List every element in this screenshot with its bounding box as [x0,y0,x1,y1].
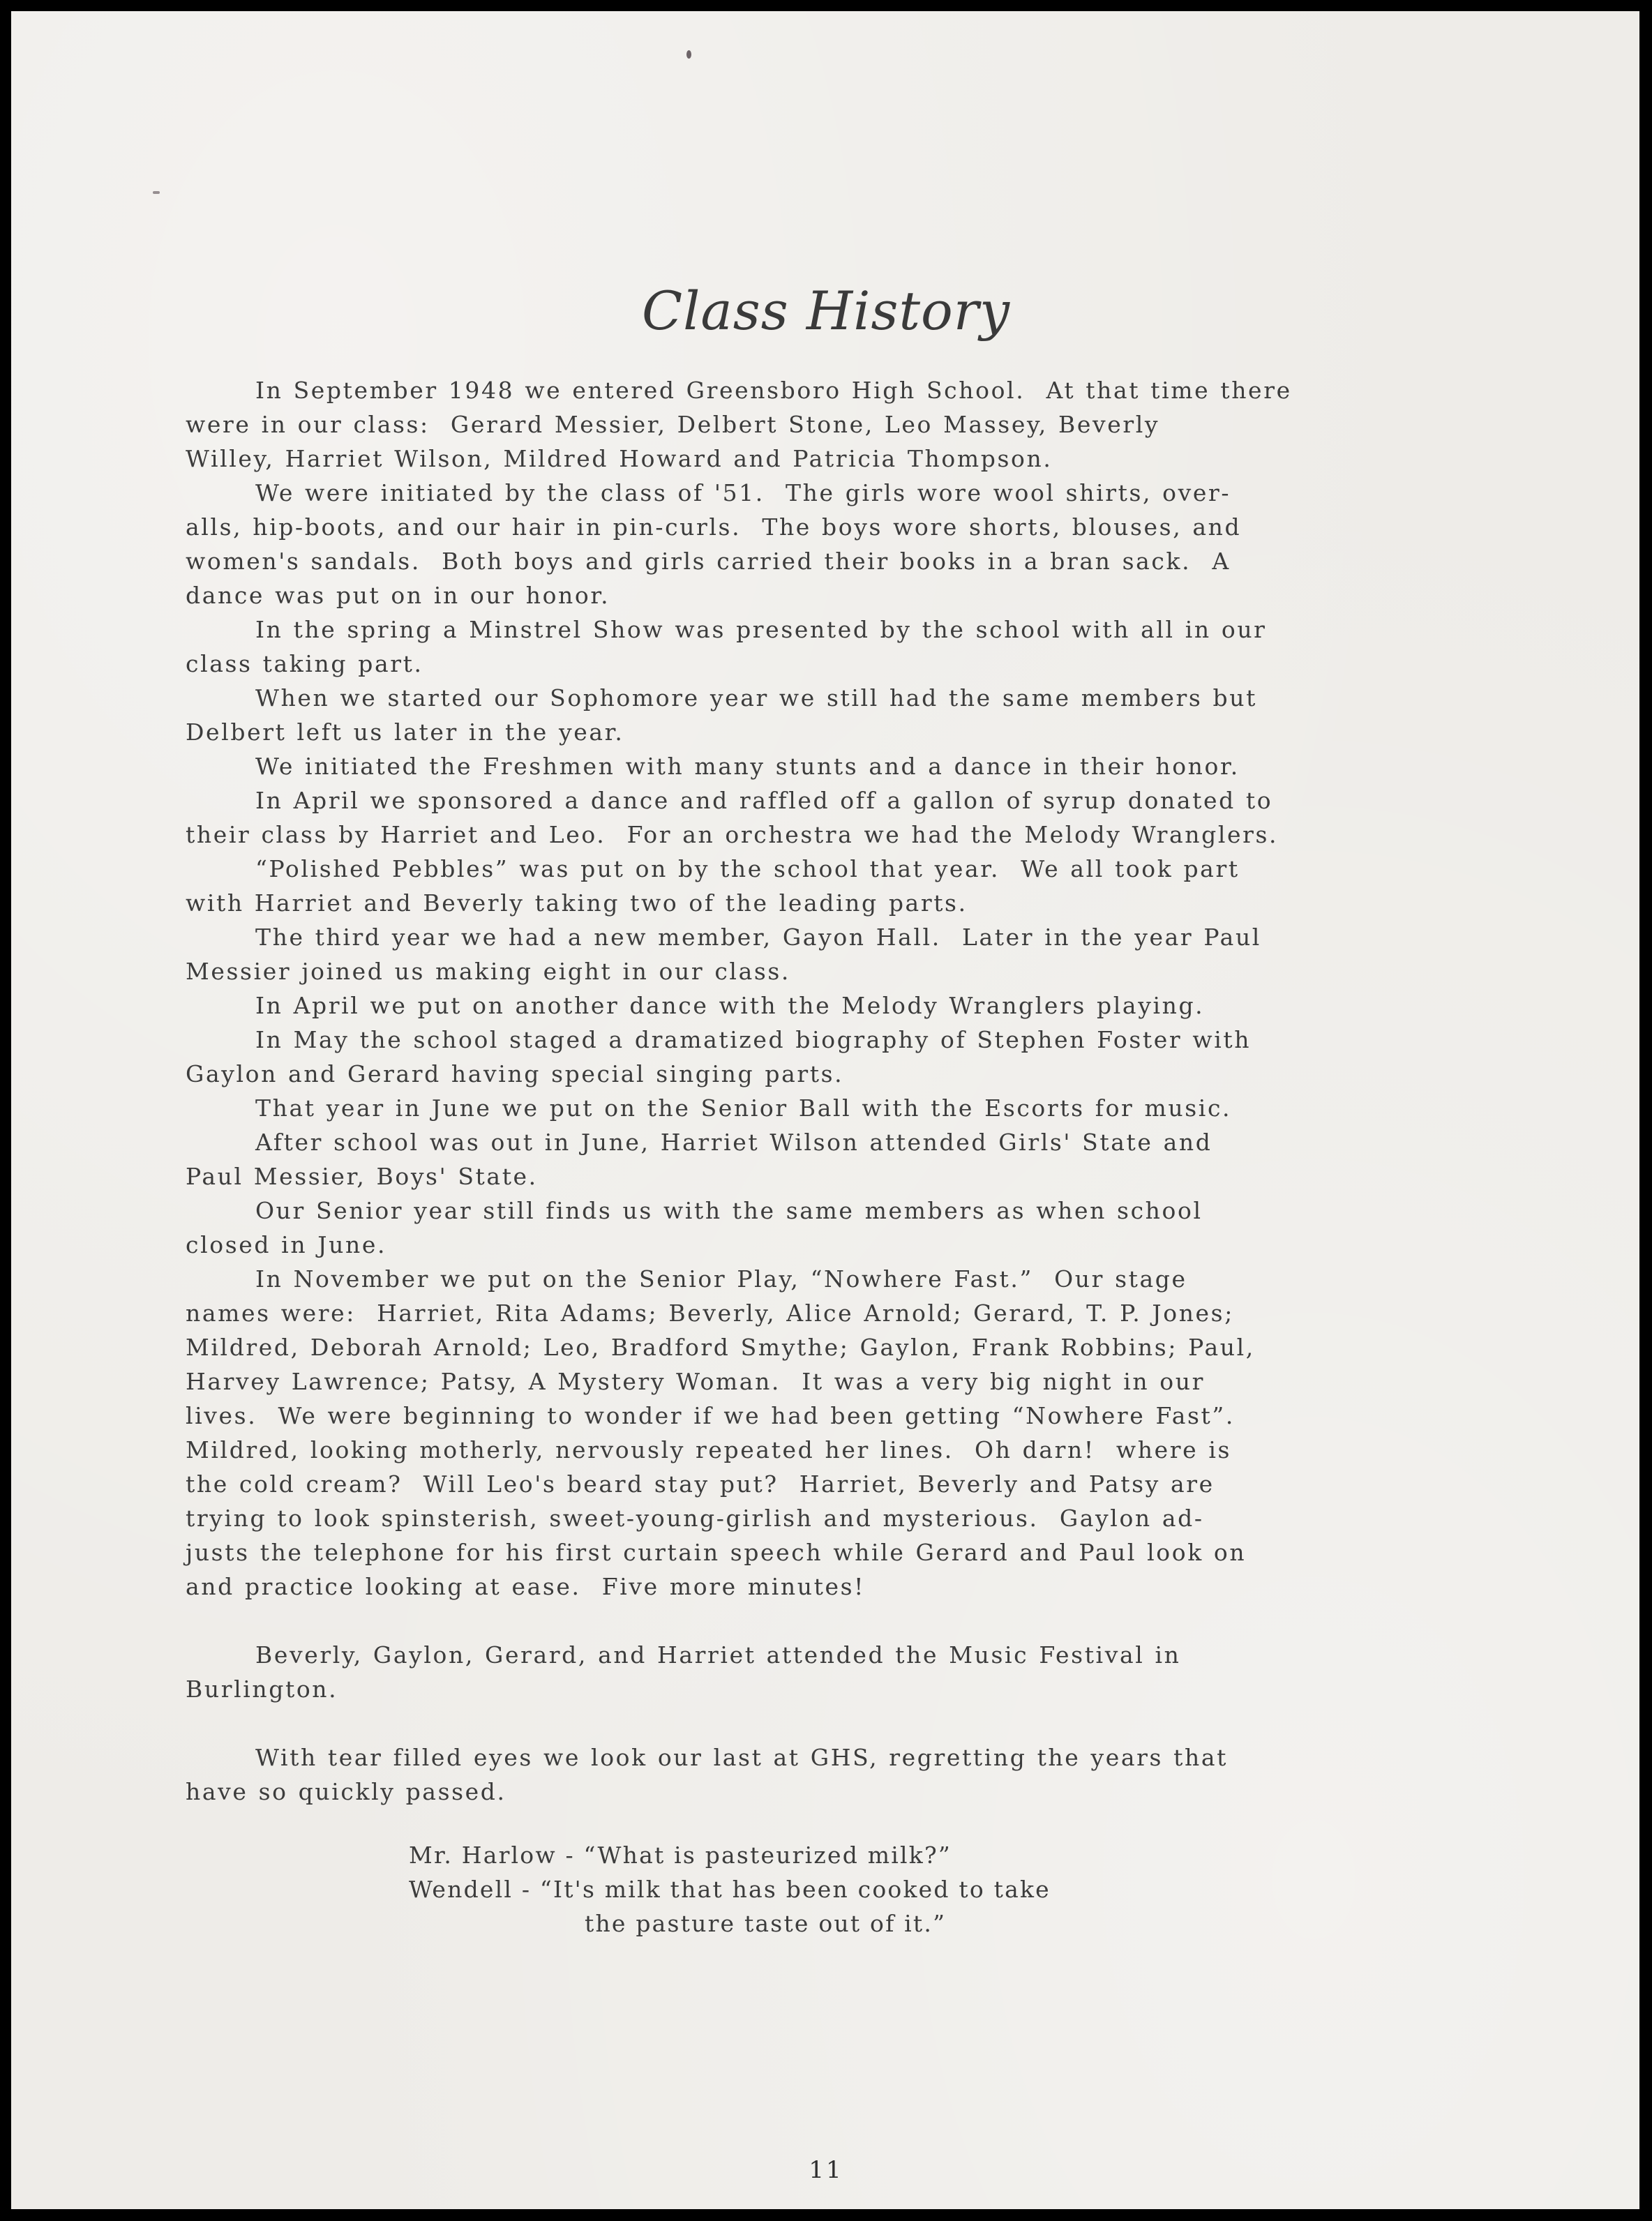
text-line: have so quickly passed. [186,1780,506,1803]
text-line: That year in June we put on the Senior B… [255,1097,1231,1120]
text-line: In May the school staged a dramatized bi… [255,1028,1251,1051]
text-line: After school was out in June, Harriet Wi… [255,1131,1212,1154]
text-line: their class by Harriet and Leo. For an o… [186,823,1278,846]
text-line: With tear filled eyes we look our last a… [255,1746,1228,1769]
text-line: the cold cream? Will Leo's beard stay pu… [186,1473,1215,1496]
text-line: alls, hip-boots, and our hair in pin-cur… [186,515,1241,539]
text-line: Willey, Harriet Wilson, Mildred Howard a… [186,447,1052,470]
text-line: trying to look spinsterish, sweet-young-… [186,1507,1204,1530]
text-line: Delbert left us later in the year. [186,721,624,744]
text-line: justs the telephone for his first curtai… [186,1541,1246,1564]
text-line: When we started our Sophomore year we st… [255,686,1257,709]
text-line: lives. We were beginning to wonder if we… [186,1404,1235,1427]
text-line: Mildred, looking motherly, nervously rep… [186,1438,1231,1461]
text-line: Beverly, Gaylon, Gerard, and Harriet att… [255,1643,1180,1666]
text-line: We initiated the Freshmen with many stun… [255,755,1240,778]
text-line: Our Senior year still finds us with the … [255,1199,1203,1222]
text-line: Messier joined us making eight in our cl… [186,960,790,983]
text-line: dance was put on in our honor. [186,584,610,607]
joke-line-question: Mr. Harlow - “What is pasteurized milk?” [409,1844,952,1867]
joke-line-answer-continued: the pasture taste out of it.” [585,1912,946,1935]
text-line: names were: Harriet, Rita Adams; Beverly… [186,1302,1234,1325]
text-line: class taking part. [186,652,423,675]
text-line: women's sandals. Both boys and girls car… [186,550,1231,573]
text-line: Burlington. [186,1678,338,1701]
text-line: In September 1948 we entered Greensboro … [255,379,1292,402]
text-line: Harvey Lawrence; Patsy, A Mystery Woman.… [186,1370,1205,1393]
text-line: were in our class: Gerard Messier, Delbe… [186,413,1159,436]
text-line: Paul Messier, Boys' State. [186,1165,538,1188]
text-line: closed in June. [186,1233,386,1256]
text-line: “Polished Pebbles” was put on by the sch… [255,857,1240,880]
text-line: In the spring a Minstrel Show was presen… [255,618,1267,641]
text-line: In November we put on the Senior Play, “… [255,1267,1187,1290]
joke-line-answer: Wendell - “It's milk that has been cooke… [409,1878,1051,1901]
text-line: The third year we had a new member, Gayo… [255,926,1261,949]
text-line: Gaylon and Gerard having special singing… [186,1062,843,1085]
page-number: 11 [0,2158,1652,2182]
text-line: with Harriet and Beverly taking two of t… [186,891,968,914]
text-line: In April we put on another dance with th… [255,994,1204,1017]
text-line: and practice looking at ease. Five more … [186,1575,865,1598]
text-line: We were initiated by the class of '51. T… [255,481,1231,504]
text-line: Mildred, Deborah Arnold; Leo, Bradford S… [186,1336,1255,1359]
text-line: In April we sponsored a dance and raffle… [255,789,1272,812]
